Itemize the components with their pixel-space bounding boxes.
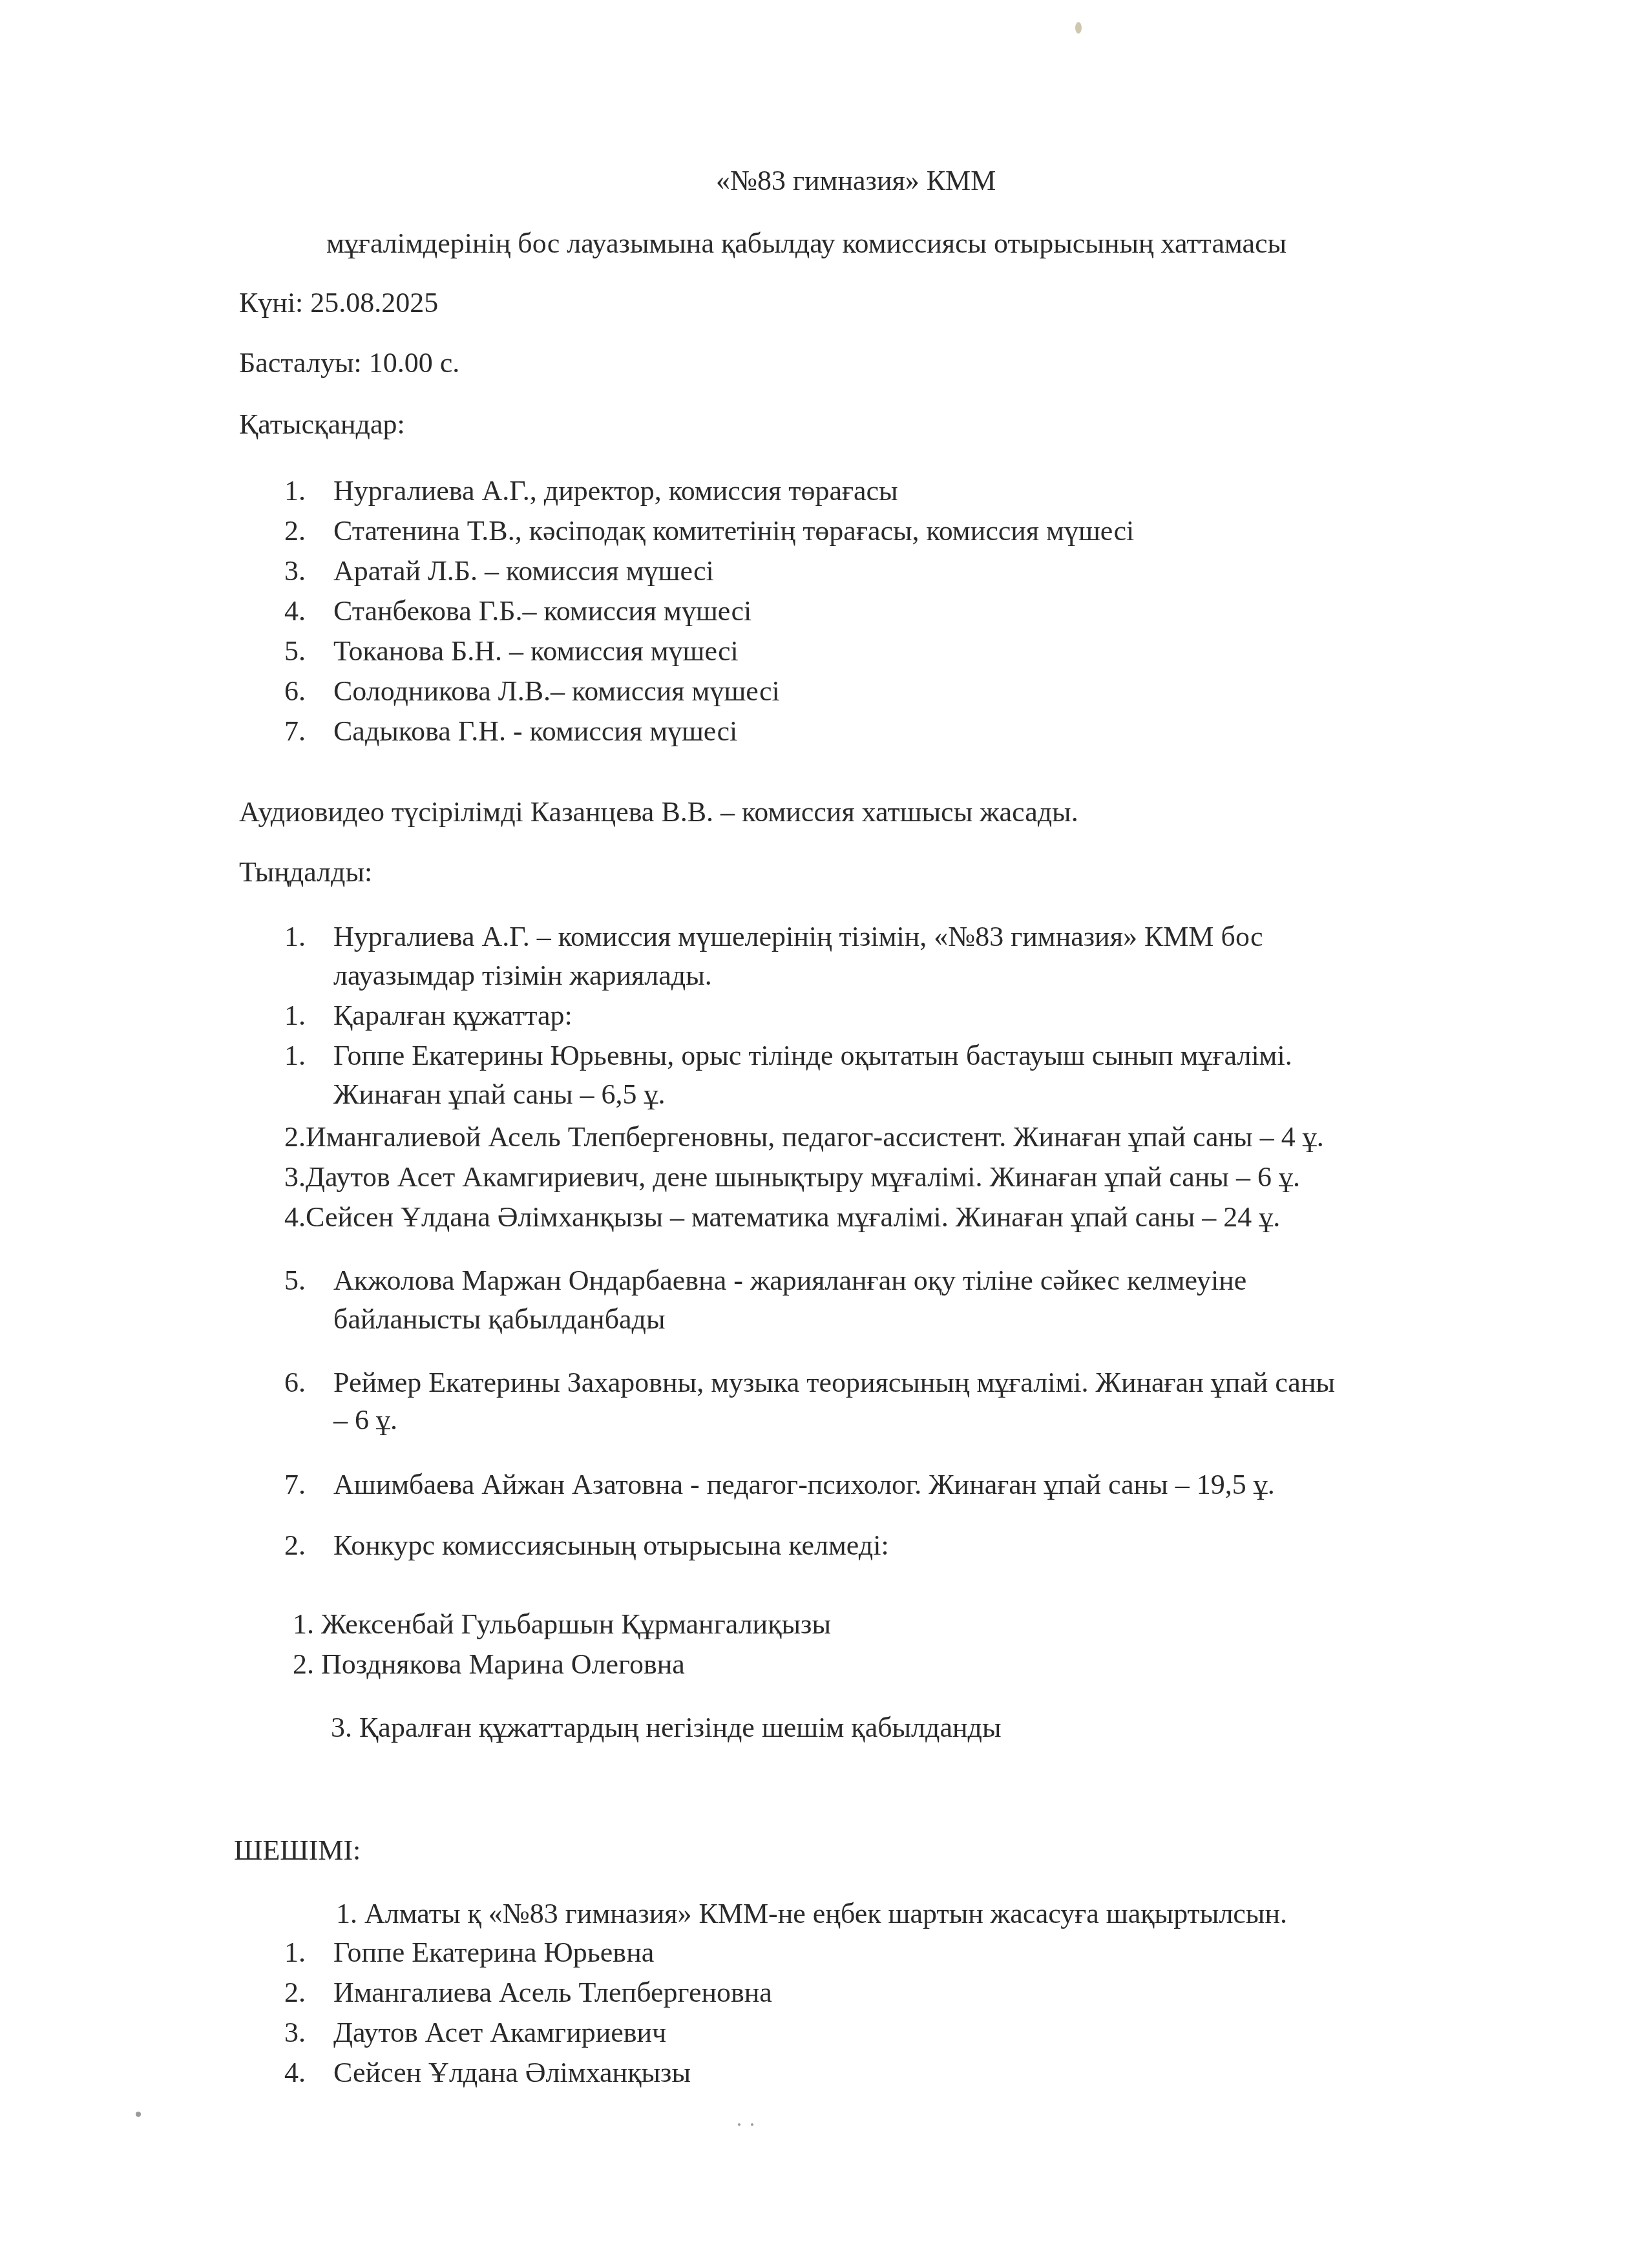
list-item: 2.Статенина Т.В., кәсіподақ комитетінің …	[284, 517, 1134, 545]
participants-label: Қатысқандар:	[239, 410, 405, 439]
decision-basis: 3. Қаралған құжаттардың негізінде шешім …	[331, 1714, 1001, 1742]
invited-item: 3.Даутов Асет Акамгириевич	[284, 2019, 666, 2047]
list-item: 5.Токанова Б.Н. – комиссия мүшесі	[284, 637, 739, 666]
invited-item: 1.Гоппе Екатерина Юрьевна	[284, 1938, 654, 1967]
absent-label: 2.Конкурс комиссиясының отырысына келмед…	[284, 1531, 889, 1560]
reviewed-documents-label: 1.Қаралған құжаттар:	[284, 1002, 572, 1030]
candidate-item-continuation: – 6 ұ.	[333, 1406, 397, 1434]
list-item: 3.Аратай Л.Б. – комиссия мүшесі	[284, 557, 714, 585]
recording-note: Аудиовидео түсірілімді Казанцева В.В. – …	[239, 798, 1078, 826]
heard-label: Тыңдалды:	[239, 858, 372, 887]
document-org-title: «№83 гимназия» КММ	[716, 167, 996, 195]
scan-speck	[738, 2123, 740, 2126]
candidate-item-continuation: байланысты қабылданбады	[333, 1305, 666, 1334]
list-item: 6.Солодникова Л.В.– комиссия мүшесі	[284, 677, 780, 706]
candidate-item: 4.Сейсен Ұлдана Әлімханқызы – математика…	[284, 1203, 1280, 1232]
candidate-item: 5.Акжолова Маржан Ондарбаевна - жариялан…	[284, 1266, 1246, 1295]
heard-item-continuation: лауазымдар тізімін жариялады.	[333, 961, 712, 990]
absent-item: 1. Жексенбай Гульбаршын Құрмангалиқызы	[293, 1610, 831, 1639]
candidate-item-continuation: Жинаған ұпай саны – 6,5 ұ.	[333, 1080, 666, 1109]
list-item: 7.Садыкова Г.Н. - комиссия мүшесі	[284, 717, 737, 746]
candidate-item: 6.Реймер Екатерины Захаровны, музыка тео…	[284, 1369, 1335, 1397]
meeting-date: Күні: 25.08.2025	[239, 289, 438, 317]
decision-intro: 1. Алматы қ «№83 гимназия» КММ-не еңбек …	[336, 1900, 1287, 1928]
candidate-item: 1.Гоппе Екатерины Юрьевны, орыс тілінде …	[284, 1042, 1292, 1070]
invited-item: 2.Имангалиева Асель Тлепбергеновна	[284, 1979, 772, 2007]
candidate-item: 7.Ашимбаева Айжан Азатовна - педагог-пси…	[284, 1471, 1275, 1499]
scan-speck	[1075, 22, 1082, 34]
document-title: мұғалімдерінің бос лауазымына қабылдау к…	[326, 229, 1287, 258]
candidate-item: 2.Имангалиевой Асель Тлепбергеновны, пед…	[284, 1123, 1324, 1151]
absent-item: 2. Позднякова Марина Олеговна	[293, 1650, 685, 1679]
scan-speck	[751, 2123, 753, 2126]
meeting-start-time: Басталуы: 10.00 с.	[239, 349, 459, 377]
candidate-item: 3.Даутов Асет Акамгириевич, дене шынықты…	[284, 1163, 1300, 1192]
heard-item: 1.Нургалиева А.Г. – комиссия мүшелерінің…	[284, 923, 1263, 951]
invited-item: 4.Сейсен Ұлдана Әлімханқызы	[284, 2059, 691, 2087]
list-item: 1.Нургалиева А.Г., директор, комиссия тө…	[284, 477, 898, 505]
scan-speck	[136, 2112, 141, 2117]
list-item: 4.Станбекова Г.Б.– комиссия мүшесі	[284, 597, 751, 625]
decision-label: ШЕШІМІ:	[234, 1836, 361, 1865]
